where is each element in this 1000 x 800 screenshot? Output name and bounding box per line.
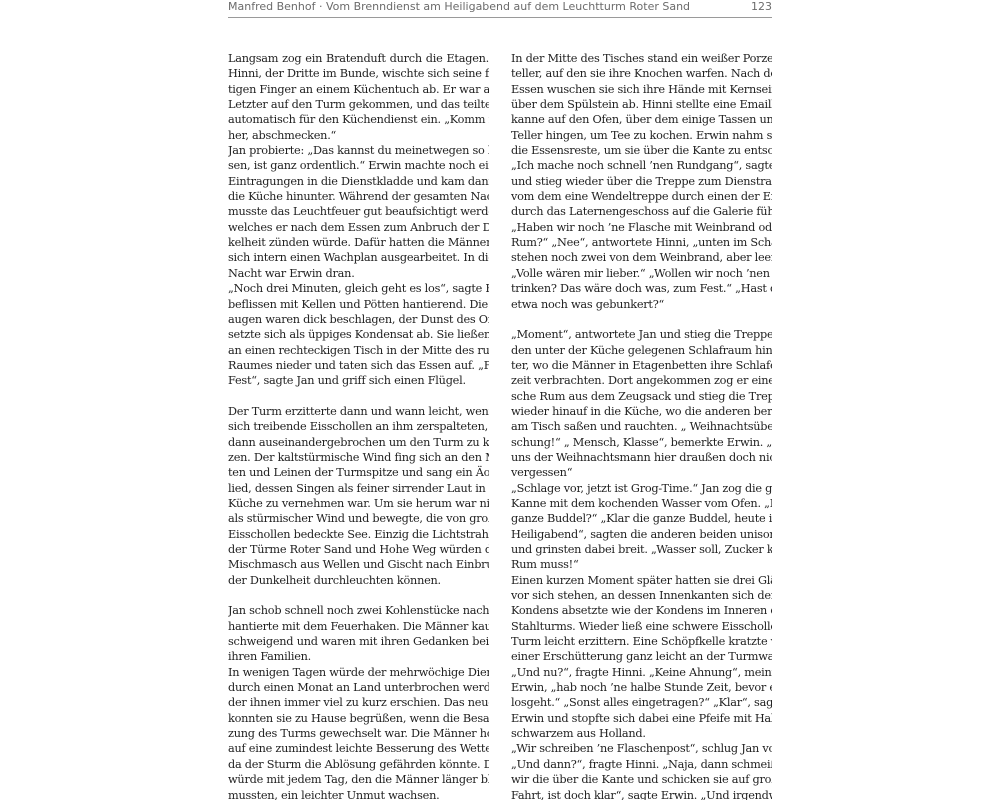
text-line: schwarzem aus Holland.	[511, 726, 772, 741]
text-line: vom dem eine Wendeltreppe durch einen de…	[511, 189, 772, 204]
text-line: der Türme Roter Sand und Hohe Weg würden…	[228, 542, 489, 557]
text-line: ihren Familien.	[228, 649, 489, 664]
text-line: sich treibende Eisschollen an ihm zerspa…	[228, 419, 489, 434]
text-line: „Und dann?“, fragte Hinni. „Naja, dann s…	[511, 757, 772, 772]
text-line: zung des Turms gewechselt war. Die Männe…	[228, 726, 489, 741]
paragraph: „Noch drei Minuten, gleich geht es los“,…	[228, 281, 489, 388]
text-line: trinken? Das wäre doch was, zum Fest.“ „…	[511, 281, 772, 296]
paragraph: Einen kurzen Moment später hatten sie dr…	[511, 573, 772, 665]
page-number: 123	[751, 0, 772, 13]
text-line: Einen kurzen Moment später hatten sie dr…	[511, 573, 772, 588]
text-line: vor sich stehen, an dessen Innenkanten s…	[511, 588, 772, 603]
paragraph: „Moment“, antwortete Jan und stieg die T…	[511, 327, 772, 480]
text-line: sche Rum aus dem Zeugsack und stieg die …	[511, 389, 772, 404]
paragraph: Jan schob schnell noch zwei Kohlenstücke…	[228, 603, 489, 664]
text-line: etwa noch was gebunkert?“	[511, 297, 772, 312]
text-line: an einen rechteckigen Tisch in der Mitte…	[228, 343, 489, 358]
text-line: „Und nu?“, fragte Hinni. „Keine Ahnung“,…	[511, 665, 772, 680]
text-line: tigen Finger an einem Küchentuch ab. Er …	[228, 82, 489, 97]
text-line: Raumes nieder und taten sich das Essen a…	[228, 358, 489, 373]
text-line: vergessen“	[511, 465, 772, 480]
text-line: teller, auf den sie ihre Knochen warfen.…	[511, 66, 772, 81]
text-line: ter, wo die Männer in Etagenbetten ihre …	[511, 358, 772, 373]
paragraph-gap	[511, 312, 772, 327]
text-line: wir die über die Kante und schicken sie …	[511, 772, 772, 787]
text-line: Der Turm erzitterte dann und wann leicht…	[228, 404, 489, 419]
text-line: durch das Laternengeschoss auf die Galer…	[511, 204, 772, 219]
text-line: welches er nach dem Essen zum Anbruch de…	[228, 220, 489, 235]
text-line: Teller hingen, um Tee zu kochen. Erwin n…	[511, 128, 772, 143]
left-text-column: Langsam zog ein Bratenduft durch die Eta…	[228, 51, 489, 800]
text-line: zeit verbrachten. Dort angekommen zog er…	[511, 373, 772, 388]
text-line: den unter der Küche gelegenen Schlafraum…	[511, 343, 772, 358]
text-line: Fest“, sagte Jan und griff sich einen Fl…	[228, 373, 489, 388]
text-line: schweigend und waren mit ihren Gedanken …	[228, 634, 489, 649]
text-line: Erwin, „hab noch ’ne halbe Stunde Zeit, …	[511, 680, 772, 695]
text-line: da der Sturm die Ablösung gefährden könn…	[228, 757, 489, 772]
running-title: Manfred Benhof · Vom Brenndienst am Heil…	[228, 0, 690, 13]
paragraph: „Volle wären mir lieber.“ „Wollen wir no…	[511, 266, 772, 312]
text-line: Hinni, der Dritte im Bunde, wischte sich…	[228, 66, 489, 81]
text-line: Turm leicht erzittern. Eine Schöpfkelle …	[511, 634, 772, 649]
text-line: ganze Buddel?“ „Klar die ganze Buddel, h…	[511, 511, 772, 526]
text-line: stehen noch zwei von dem Weinbrand, aber…	[511, 250, 772, 265]
text-line: Letzter auf den Turm gekommen, und das t…	[228, 97, 489, 112]
text-line: dann auseinandergebrochen um den Turm zu…	[228, 435, 489, 450]
text-line: als stürmischer Wind und bewegte, die vo…	[228, 511, 489, 526]
text-line: der Dunkelheit durchleuchten können.	[228, 573, 489, 588]
text-line: her, abschmecken.“	[228, 128, 489, 143]
text-line: schung!“ „ Mensch, Klasse“, bemerkte Erw…	[511, 435, 772, 450]
text-line: „Volle wären mir lieber.“ „Wollen wir no…	[511, 266, 772, 281]
text-line: der ihnen immer viel zu kurz erschien. D…	[228, 695, 489, 710]
text-line: Mischmasch aus Wellen und Gischt nach Ei…	[228, 557, 489, 572]
text-line: wieder hinauf in die Küche, wo die ander…	[511, 404, 772, 419]
text-line: sich intern einen Wachplan ausgearbeitet…	[228, 250, 489, 265]
paragraph: „Und nu?“, fragte Hinni. „Keine Ahnung“,…	[511, 665, 772, 742]
text-line: Küche zu vernehmen war. Um sie herum war…	[228, 496, 489, 511]
text-line: Erwin und stopfte sich dabei eine Pfeife…	[511, 711, 772, 726]
running-header: Manfred Benhof · Vom Brenndienst am Heil…	[228, 0, 772, 18]
text-line: In der Mitte des Tisches stand ein weiße…	[511, 51, 772, 66]
text-line: „Wir schreiben ’ne Flaschenpost“, schlug…	[511, 741, 772, 756]
right-text-column: In der Mitte des Tisches stand ein weiße…	[511, 51, 772, 800]
text-line: „Schlage vor, jetzt ist Grog-Time.“ Jan …	[511, 481, 772, 496]
paragraph-gap	[228, 389, 489, 404]
text-line: beflissen mit Kellen und Pötten hantiere…	[228, 297, 489, 312]
paragraph: In der Mitte des Tisches stand ein weiße…	[511, 51, 772, 220]
text-line: die Küche hinunter. Während der gesamten…	[228, 189, 489, 204]
text-line: auf eine zumindest leichte Besserung des…	[228, 741, 489, 756]
text-line: am Tisch saßen und rauchten. „ Weihnacht…	[511, 419, 772, 434]
text-line: kelheit zünden würde. Dafür hatten die M…	[228, 235, 489, 250]
text-line: und stieg wieder über die Treppe zum Die…	[511, 174, 772, 189]
text-line: Jan probierte: „Das kannst du meinetwege…	[228, 143, 489, 158]
paragraph: „Wir schreiben ’ne Flaschenpost“, schlug…	[511, 741, 772, 800]
text-line: In wenigen Tagen würde der mehrwöchige D…	[228, 665, 489, 680]
text-line: Jan schob schnell noch zwei Kohlenstücke…	[228, 603, 489, 618]
text-line: Heiligabend“, sagten die anderen beiden …	[511, 527, 772, 542]
text-line: kanne auf den Ofen, über dem einige Tass…	[511, 112, 772, 127]
text-line: die Essensreste, um sie über die Kante z…	[511, 143, 772, 158]
paragraph-gap	[228, 588, 489, 603]
text-line: über dem Spülstein ab. Hinni stellte ein…	[511, 97, 772, 112]
text-line: setzte sich als üppiges Kondensat ab. Si…	[228, 327, 489, 342]
text-line: „Noch drei Minuten, gleich geht es los“,…	[228, 281, 489, 296]
paragraph: Langsam zog ein Bratenduft durch die Eta…	[228, 51, 489, 143]
paragraph: „Schlage vor, jetzt ist Grog-Time.“ Jan …	[511, 481, 772, 573]
text-line: würde mit jedem Tag, den die Männer läng…	[228, 772, 489, 787]
text-line: und grinsten dabei breit. „Wasser soll, …	[511, 542, 772, 557]
text-line: Eisschollen bedeckte See. Einzig die Lic…	[228, 527, 489, 542]
text-line: Stahlturms. Wieder ließ eine schwere Eis…	[511, 619, 772, 634]
text-line: musste das Leuchtfeuer gut beaufsichtigt…	[228, 204, 489, 219]
text-line: konnten sie zu Hause begrüßen, wenn die …	[228, 711, 489, 726]
text-line: ten und Leinen der Turmspitze und sang e…	[228, 465, 489, 480]
text-line: uns der Weihnachtsmann hier draußen doch…	[511, 450, 772, 465]
paragraph: Jan probierte: „Das kannst du meinetwege…	[228, 143, 489, 281]
text-line: „Moment“, antwortete Jan und stieg die T…	[511, 327, 772, 342]
paragraph: In wenigen Tagen würde der mehrwöchige D…	[228, 665, 489, 800]
paragraph: „Haben wir noch ’ne Flasche mit Weinbran…	[511, 220, 772, 266]
text-line: Eintragungen in die Dienstkladde und kam…	[228, 174, 489, 189]
text-line: Kondens absetzte wie der Kondens im Inne…	[511, 603, 772, 618]
text-line: Essen wuschen sie sich ihre Hände mit Ke…	[511, 82, 772, 97]
text-line: Rum muss!“	[511, 557, 772, 572]
text-line: augen waren dick beschlagen, der Dunst d…	[228, 312, 489, 327]
text-line: Fahrt, ist doch klar“, sagte Erwin. „Und…	[511, 788, 772, 800]
text-line: sen, ist ganz ordentlich.“ Erwin machte …	[228, 158, 489, 173]
paragraph: Der Turm erzitterte dann und wann leicht…	[228, 404, 489, 588]
text-line: Kanne mit dem kochenden Wasser vom Ofen.…	[511, 496, 772, 511]
text-line: Langsam zog ein Bratenduft durch die Eta…	[228, 51, 489, 66]
text-line: „Ich mache noch schnell ’nen Rundgang“, …	[511, 158, 772, 173]
text-line: automatisch für den Küchendienst ein. „K…	[228, 112, 489, 127]
text-line: Nacht war Erwin dran.	[228, 266, 489, 281]
text-line: zen. Der kaltstürmische Wind fing sich a…	[228, 450, 489, 465]
text-line: einer Erschütterung ganz leicht an der T…	[511, 649, 772, 664]
text-line: lied, dessen Singen als feiner sirrender…	[228, 481, 489, 496]
text-line: mussten, ein leichter Unmut wachsen.	[228, 788, 489, 800]
text-line: losgeht.“ „Sonst alles eingetragen?“ „Kl…	[511, 695, 772, 710]
text-line: Rum?“ „Nee“, antwortete Hinni, „unten im…	[511, 235, 772, 250]
text-line: hantierte mit dem Feuerhaken. Die Männer…	[228, 619, 489, 634]
text-line: durch einen Monat an Land unterbrochen w…	[228, 680, 489, 695]
text-line: „Haben wir noch ’ne Flasche mit Weinbran…	[511, 220, 772, 235]
